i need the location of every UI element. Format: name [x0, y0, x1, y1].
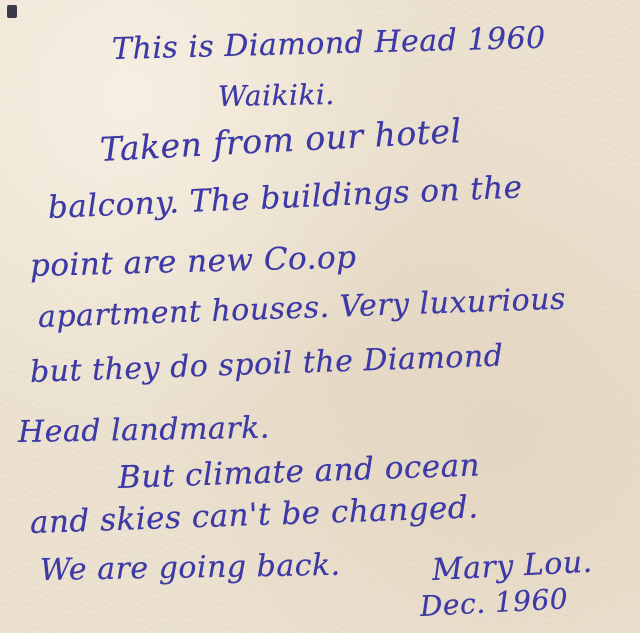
note-body-line: point are new Co.op [30, 239, 357, 284]
note-body-line: We are going back. [40, 548, 341, 588]
note-heading-line-1: This is Diamond Head 1960 [112, 21, 547, 67]
corner-ink-mark [7, 5, 17, 18]
note-heading-line-2: Waikiki. [218, 78, 335, 113]
note-body-line: Head landmark. [18, 411, 271, 450]
note-body-line: but they do spoil the Diamond [29, 338, 504, 390]
note-body-line: and skies can't be changed. [29, 489, 479, 541]
note-body-line: But climate and ocean [117, 447, 480, 496]
note-body-line: balcony. The buildings on the [47, 169, 523, 226]
signature-date: Dec. 1960 [419, 582, 569, 623]
handwritten-note-paper: This is Diamond Head 1960 Waikiki. Taken… [0, 0, 640, 633]
note-body-line: Taken from our hotel [99, 111, 462, 169]
signature-name: Mary Lou. [431, 545, 593, 588]
note-body-line: apartment houses. Very luxurious [37, 282, 566, 335]
